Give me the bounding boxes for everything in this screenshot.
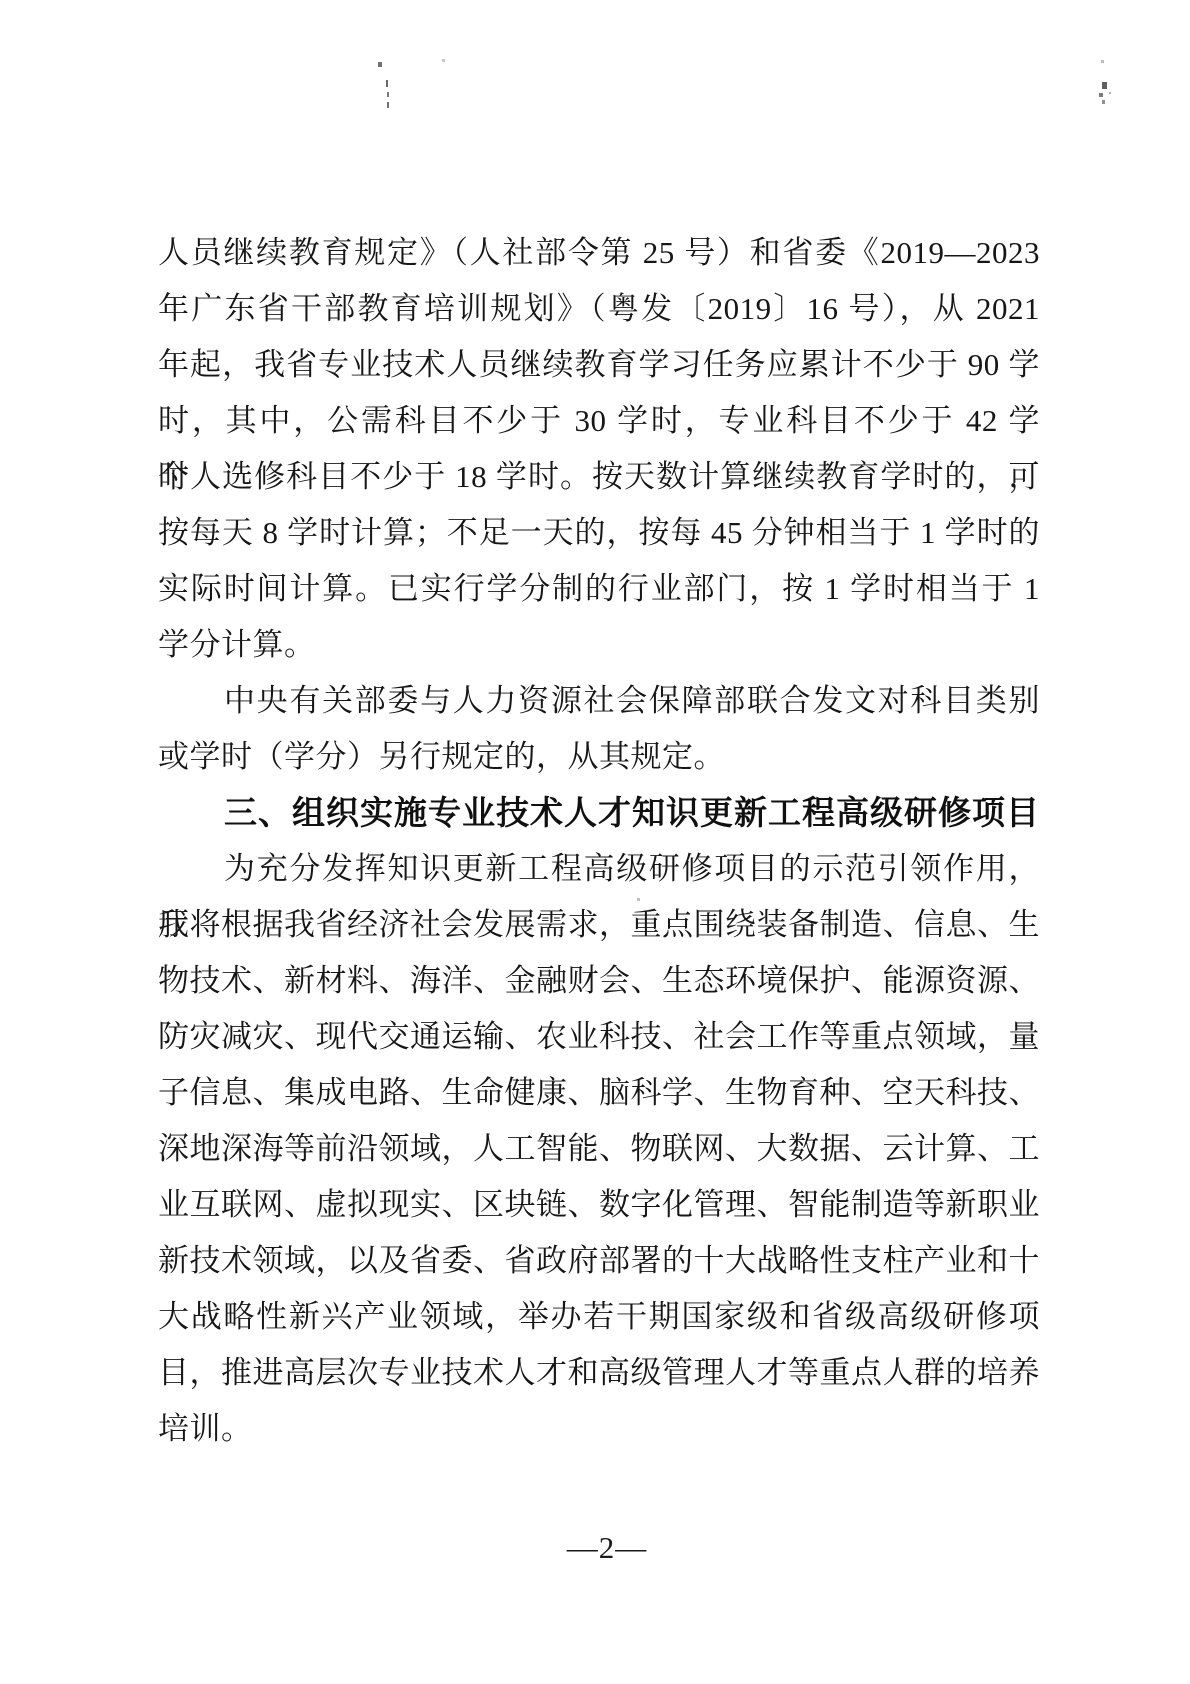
section-heading: 三、组织实施专业技术人才知识更新工程高级研修项目 bbox=[158, 785, 1040, 841]
scan-speck bbox=[1102, 82, 1107, 89]
text-line: 目，推进高层次专业技术人才和高级管理人才等重点人群的培养 bbox=[158, 1345, 1040, 1401]
scan-speck bbox=[386, 80, 388, 87]
text-line: 大战略性新兴产业领域，举办若干期国家级和省级高级研修项 bbox=[158, 1289, 1040, 1345]
document-page: 人员继续教育规定》（人社部令第 25 号）和省委《2019—2023年广东省干部… bbox=[0, 0, 1190, 1684]
text-line: 业互联网、虚拟现实、区块链、数字化管理、智能制造等新职业 bbox=[158, 1177, 1040, 1233]
text-line: 或学时（学分）另行规定的，从其规定。 bbox=[158, 729, 1040, 785]
text-line: 新技术领域，以及省委、省政府部署的十大战略性支柱产业和十 bbox=[158, 1233, 1040, 1289]
scan-speck bbox=[1102, 100, 1105, 104]
scan-speck bbox=[637, 898, 640, 901]
text-line: 防灾减灾、现代交通运输、农业科技、社会工作等重点领域，量 bbox=[158, 1009, 1040, 1065]
scan-speck bbox=[1099, 93, 1103, 97]
text-line: 厅将根据我省经济社会发展需求，重点围绕装备制造、信息、生 bbox=[158, 897, 1040, 953]
scan-speck bbox=[378, 62, 382, 67]
text-line: 深地深海等前沿领域，人工智能、物联网、大数据、云计算、工 bbox=[158, 1121, 1040, 1177]
text-line: 年广东省干部教育培训规划》（粤发〔2019〕16 号），从 2021 bbox=[158, 281, 1040, 337]
text-line: 按每天 8 学时计算；不足一天的，按每 45 分钟相当于 1 学时的 bbox=[158, 505, 1040, 561]
text-line: 年起，我省专业技术人员继续教育学习任务应累计不少于 90 学 bbox=[158, 337, 1040, 393]
scan-speck bbox=[1101, 60, 1104, 63]
text-line: 学分计算。 bbox=[158, 617, 1040, 673]
page-number: —2— bbox=[12, 1528, 1190, 1568]
text-line: 子信息、集成电路、生命健康、脑科学、生物育种、空天科技、 bbox=[158, 1065, 1040, 1121]
document-body: 人员继续教育规定》（人社部令第 25 号）和省委《2019—2023年广东省干部… bbox=[158, 225, 1040, 1457]
text-line: 培训。 bbox=[158, 1401, 1040, 1457]
text-line: 个人选修科目不少于 18 学时。按天数计算继续教育学时的，可 bbox=[158, 449, 1040, 505]
text-line: 实际时间计算。已实行学分制的行业部门，按 1 学时相当于 1 bbox=[158, 561, 1040, 617]
text-line: 物技术、新材料、海洋、金融财会、生态环境保护、能源资源、 bbox=[158, 953, 1040, 1009]
text-line: 人员继续教育规定》（人社部令第 25 号）和省委《2019—2023 bbox=[158, 225, 1040, 281]
text-line: 为充分发挥知识更新工程高级研修项目的示范引领作用，我 bbox=[158, 841, 1040, 897]
scan-speck bbox=[387, 102, 389, 108]
text-line: 中央有关部委与人力资源社会保障部联合发文对科目类别 bbox=[158, 673, 1040, 729]
scan-speck bbox=[387, 92, 389, 97]
text-line: 时，其中，公需科目不少于 30 学时，专业科目不少于 42 学时， bbox=[158, 393, 1040, 449]
scan-speck bbox=[442, 59, 445, 62]
scan-speck bbox=[1109, 92, 1111, 94]
